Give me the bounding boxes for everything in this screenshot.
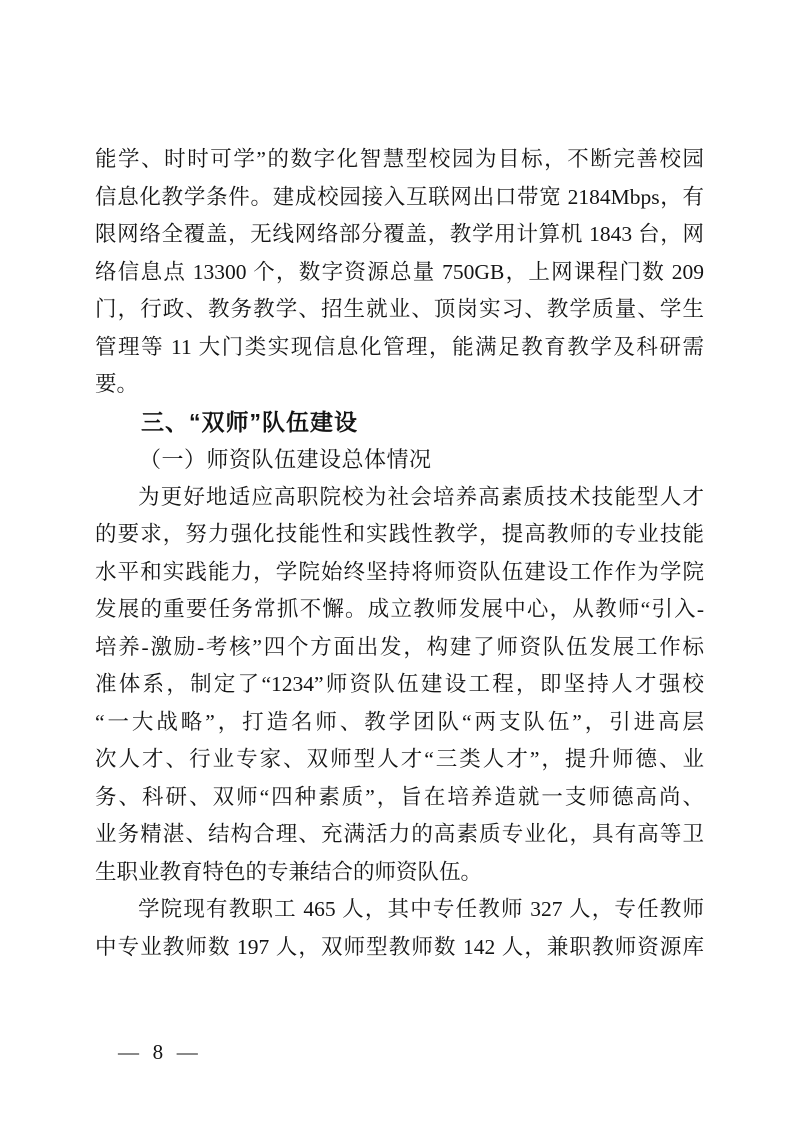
text-line: 发展的重要任务常抓不懈。成立教师发展中心，从教师“引入- — [95, 591, 704, 629]
text-line: 能学、时时可学”的数字化智慧型校园为目标，不断完善校园 — [95, 141, 704, 179]
text-line: 的要求，努力强化技能性和实践性教学，提高教师的专业技能 — [95, 516, 704, 554]
subsection-heading: （一）师资队伍建设总体情况 — [95, 441, 704, 479]
text-line: 培养-激励-考核”四个方面出发，构建了师资队伍发展工作标 — [95, 629, 704, 667]
text-line: 限网络全覆盖，无线网络部分覆盖，教学用计算机 1843 台，网 — [95, 216, 704, 254]
paragraph-campus-informatization: 能学、时时可学”的数字化智慧型校园为目标，不断完善校园信息化教学条件。建成校园接… — [95, 141, 704, 404]
section-heading: 三、“双师”队伍建设 — [95, 404, 704, 442]
text-line: 次人才、行业专家、双师型人才“三类人才”，提升师德、业 — [95, 741, 704, 779]
text-line: 信息化教学条件。建成校园接入互联网出口带宽 2184Mbps，有 — [95, 179, 704, 217]
text-line: 准体系，制定了“1234”师资队伍建设工程，即坚持人才强校 — [95, 666, 704, 704]
text-line: 要。 — [95, 366, 704, 404]
page-body: 能学、时时可学”的数字化智慧型校园为目标，不断完善校园信息化教学条件。建成校园接… — [95, 141, 704, 966]
text-line: 学院现有教职工 465 人，其中专任教师 327 人，专任教师 — [95, 891, 704, 929]
text-line: 水平和实践能力，学院始终坚持将师资队伍建设工作作为学院 — [95, 554, 704, 592]
page-number: — 8 — — [118, 1040, 202, 1064]
text-line: 门，行政、教务教学、招生就业、顶岗实习、教学质量、学生 — [95, 291, 704, 329]
text-line: 为更好地适应高职院校为社会培养高素质技术技能型人才 — [95, 479, 704, 517]
document-page: 能学、时时可学”的数字化智慧型校园为目标，不断完善校园信息化教学条件。建成校园接… — [0, 0, 793, 1122]
text-line: 业务精湛、结构合理、充满活力的高素质专业化，具有高等卫 — [95, 816, 704, 854]
text-line: 络信息点 13300 个，数字资源总量 750GB，上网课程门数 209 — [95, 254, 704, 292]
text-line: 务、科研、双师“四种素质”，旨在培养造就一支师德高尚、 — [95, 779, 704, 817]
paragraph-teacher-team-development: 为更好地适应高职院校为社会培养高素质技术技能型人才的要求，努力强化技能性和实践性… — [95, 479, 704, 892]
text-line: 管理等 11 大门类实现信息化管理，能满足教育教学及科研需 — [95, 329, 704, 367]
paragraph-staff-statistics: 学院现有教职工 465 人，其中专任教师 327 人，专任教师中专业教师数 19… — [95, 891, 704, 966]
text-line: 生职业教育特色的专兼结合的师资队伍。 — [95, 854, 704, 892]
text-line: 中专业教师数 197 人，双师型教师数 142 人，兼职教师资源库 — [95, 929, 704, 967]
text-line: “一大战略”，打造名师、教学团队“两支队伍”，引进高层 — [95, 704, 704, 742]
